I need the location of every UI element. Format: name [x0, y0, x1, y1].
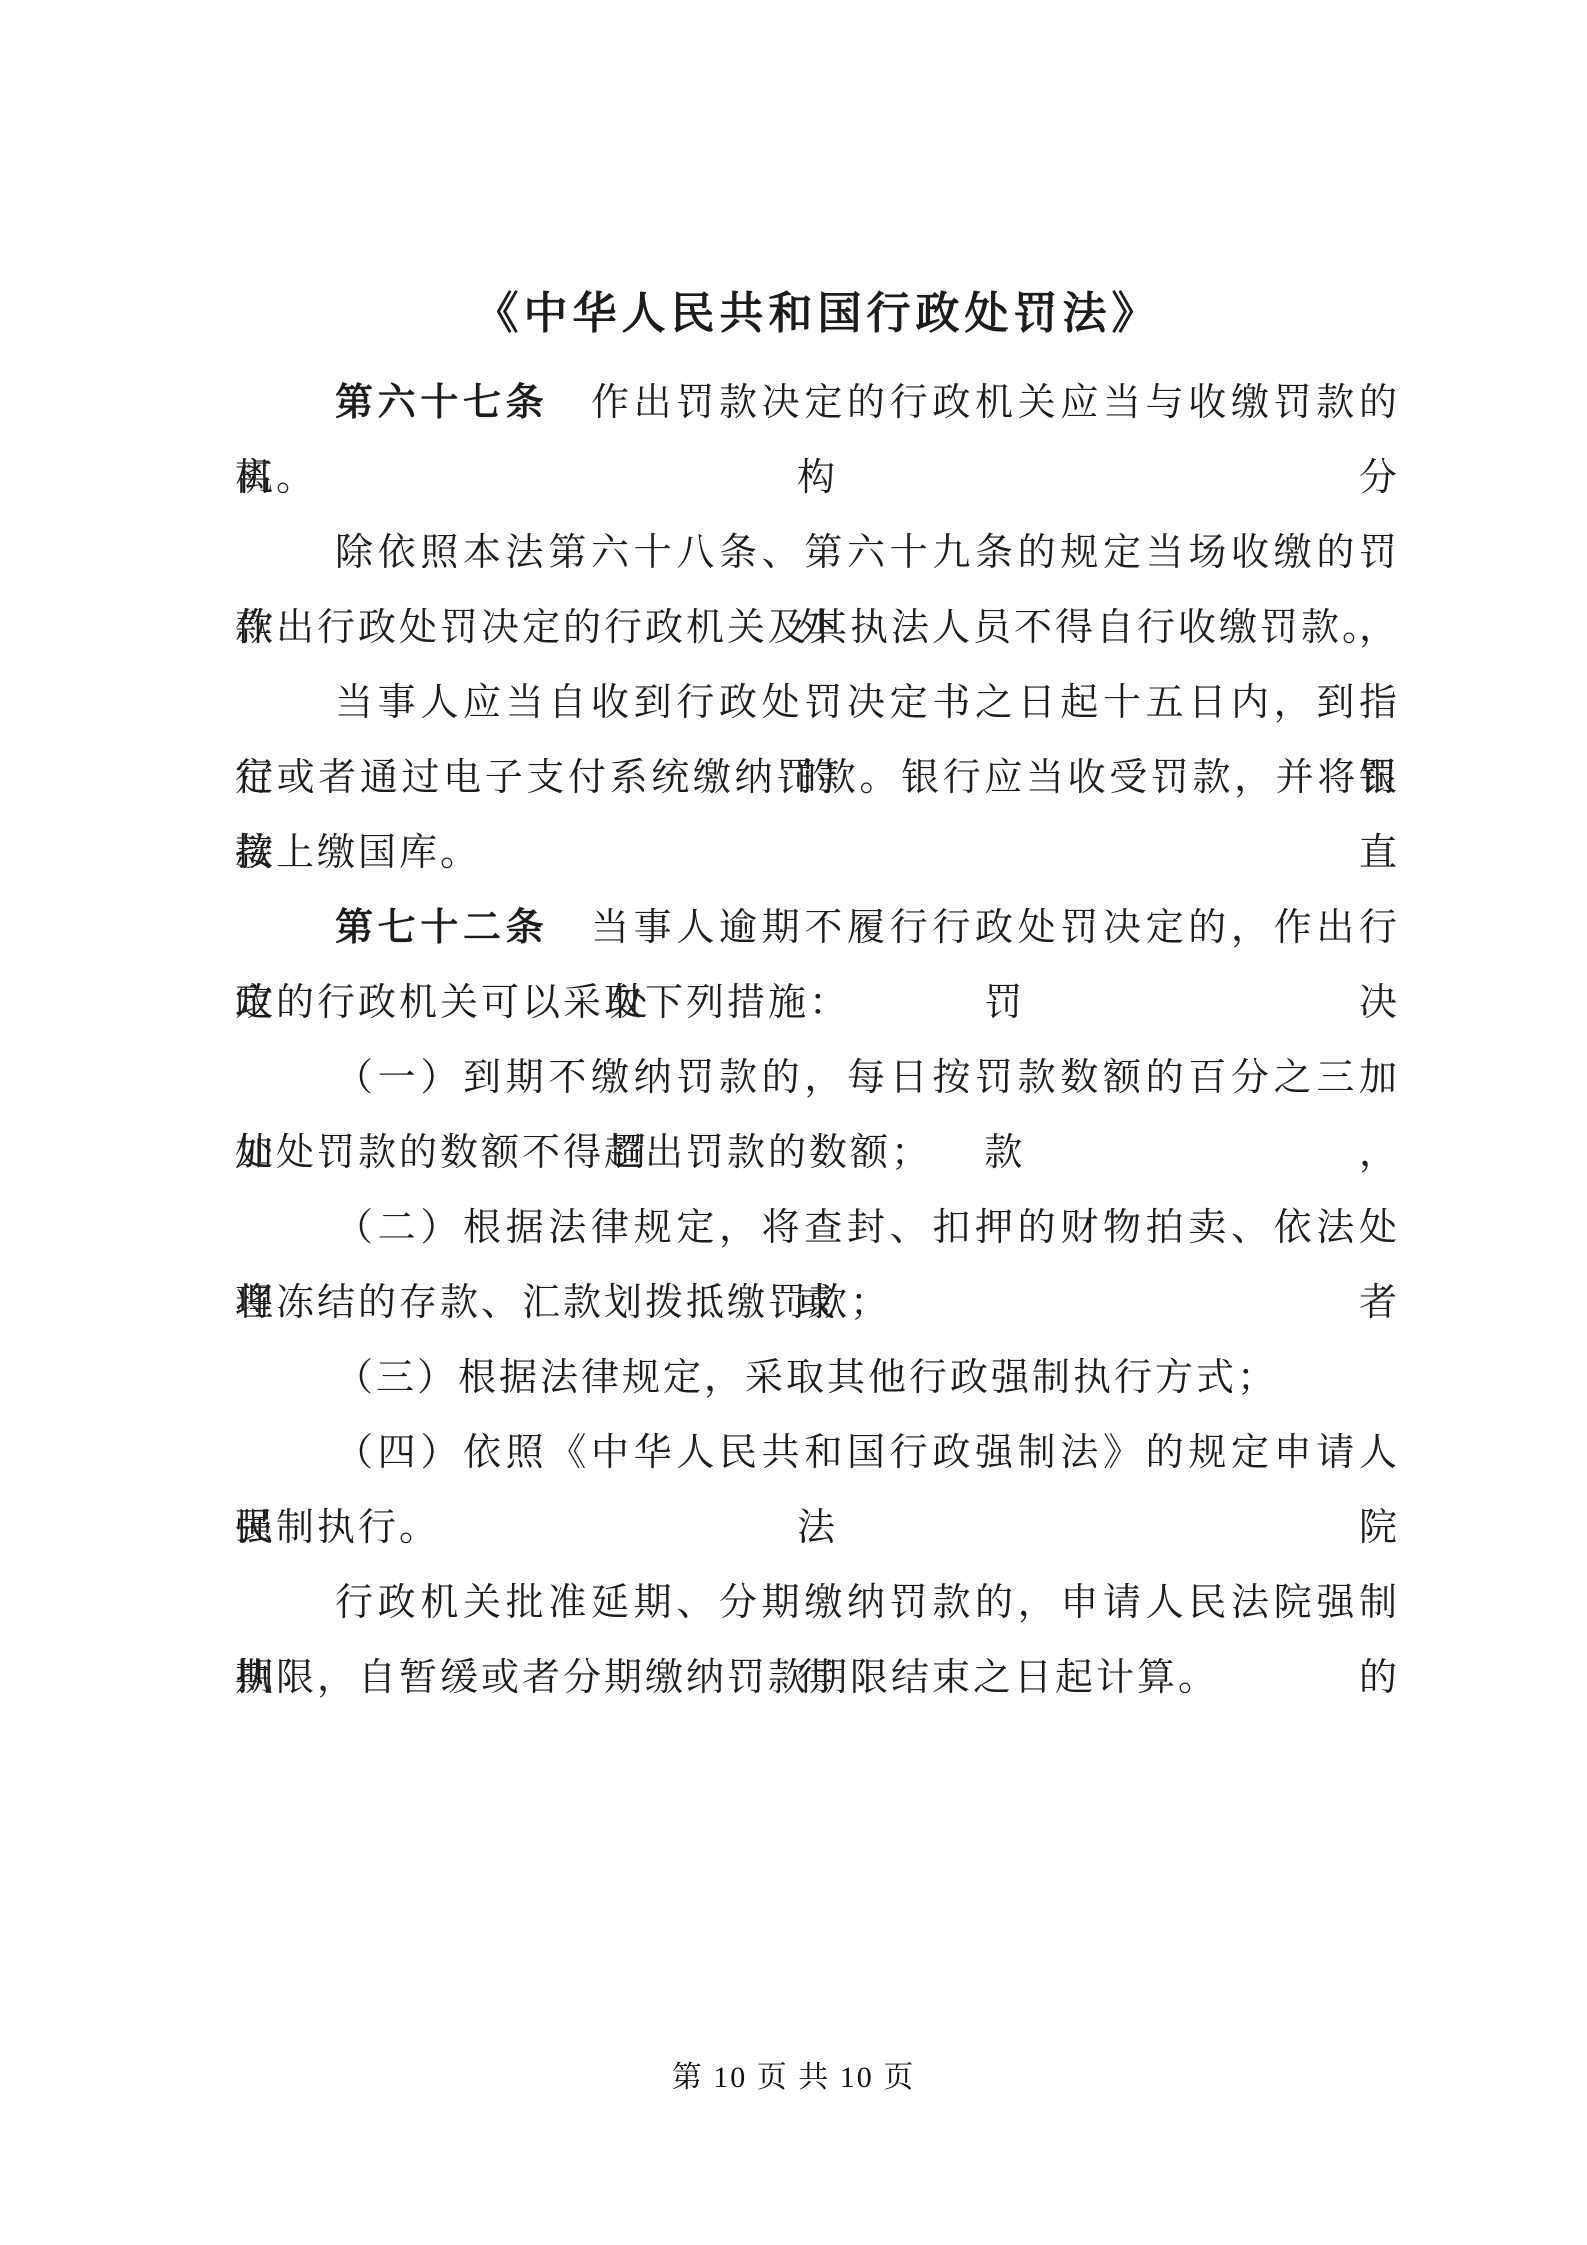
text-line: 作出行政处罚决定的行政机关及其执法人员不得自行收缴罚款。 — [235, 591, 1400, 666]
article-number: 第六十七条 — [335, 382, 548, 424]
text-line: （二）根据法律规定，将查封、扣押的财物拍卖、依法处理或者 — [235, 1191, 1400, 1266]
text-run: 离。 — [235, 457, 317, 499]
text-line: （一）到期不缴纳罚款的，每日按罚款数额的百分之三加处罚款， — [235, 1041, 1400, 1116]
text-run: 接上缴国库。 — [235, 832, 481, 874]
text-run: 强制执行。 — [235, 1507, 440, 1549]
document-title: 《中华人民共和国行政处罚法》 — [235, 283, 1400, 345]
text-run: 期限，自暂缓或者分期缴纳罚款期限结束之日起计算。 — [235, 1657, 1219, 1699]
article-number: 第七十二条 — [335, 907, 548, 949]
text-line: 除依照本法第六十八条、第六十九条的规定当场收缴的罚款外， — [235, 516, 1400, 591]
text-line: 第七十二条 当事人逾期不履行行政处罚决定的，作出行政处罚决 — [235, 891, 1400, 966]
text-line: 第六十七条 作出罚款决定的行政机关应当与收缴罚款的机构分 — [235, 366, 1400, 441]
document-body: 第六十七条 作出罚款决定的行政机关应当与收缴罚款的机构分离。除依照本法第六十八条… — [235, 366, 1400, 1716]
text-line: 当事人应当自收到行政处罚决定书之日起十五日内，到指定的银 — [235, 666, 1400, 741]
text-line: （三）根据法律规定，采取其他行政强制执行方式； — [235, 1341, 1400, 1416]
page-number-footer: 第 10 页 共 10 页 — [0, 2058, 1587, 2098]
text-run: 作出行政处罚决定的行政机关及其执法人员不得自行收缴罚款。 — [235, 607, 1383, 649]
text-run: 将冻结的存款、汇款划拨抵缴罚款； — [235, 1282, 891, 1324]
text-run: （三）根据法律规定，采取其他行政强制执行方式； — [335, 1357, 1278, 1399]
text-line: 行或者通过电子支付系统缴纳罚款。银行应当收受罚款，并将罚款直 — [235, 741, 1400, 816]
document-page: 《中华人民共和国行政处罚法》 第六十七条 作出罚款决定的行政机关应当与收缴罚款的… — [0, 0, 1587, 2245]
text-line: 行政机关批准延期、分期缴纳罚款的，申请人民法院强制执行的 — [235, 1566, 1400, 1641]
text-run: 定的行政机关可以采取下列措施： — [235, 982, 850, 1024]
text-run: 加处罚款的数额不得超出罚款的数额； — [235, 1132, 932, 1174]
text-line: （四）依照《中华人民共和国行政强制法》的规定申请人民法院 — [235, 1416, 1400, 1491]
